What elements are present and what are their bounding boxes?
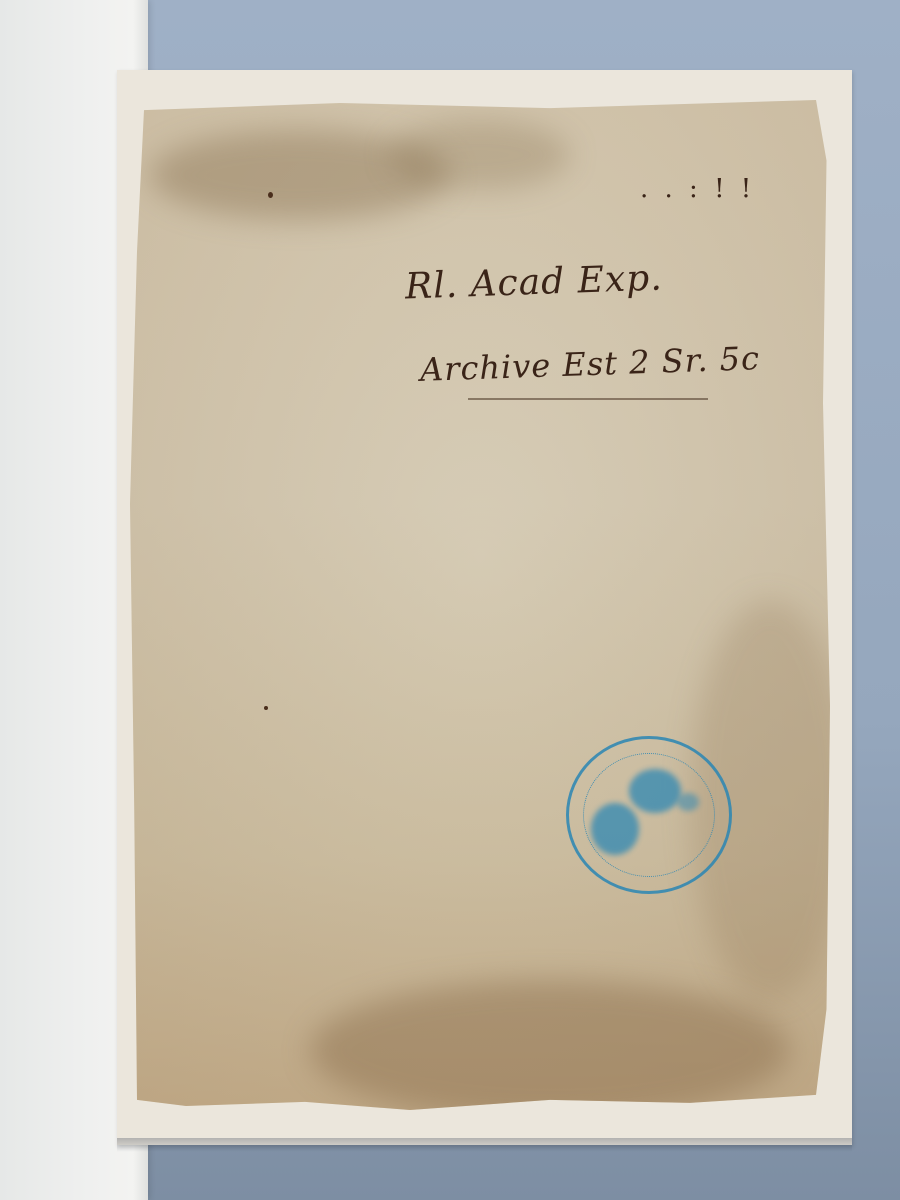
stain-bottom (310, 980, 790, 1120)
stain-top-center (390, 120, 570, 190)
top-ink-marks: . . : ! ! (640, 174, 755, 204)
library-stamp (566, 736, 732, 894)
stamp-emblem (591, 803, 639, 855)
stamp-emblem (677, 793, 699, 811)
underline-rule (468, 398, 708, 400)
ink-spot (268, 192, 273, 198)
stamp-emblem (629, 769, 681, 813)
ink-spot (264, 706, 268, 710)
mount-shadow (117, 1138, 852, 1152)
manuscript-sheet (130, 100, 830, 1110)
